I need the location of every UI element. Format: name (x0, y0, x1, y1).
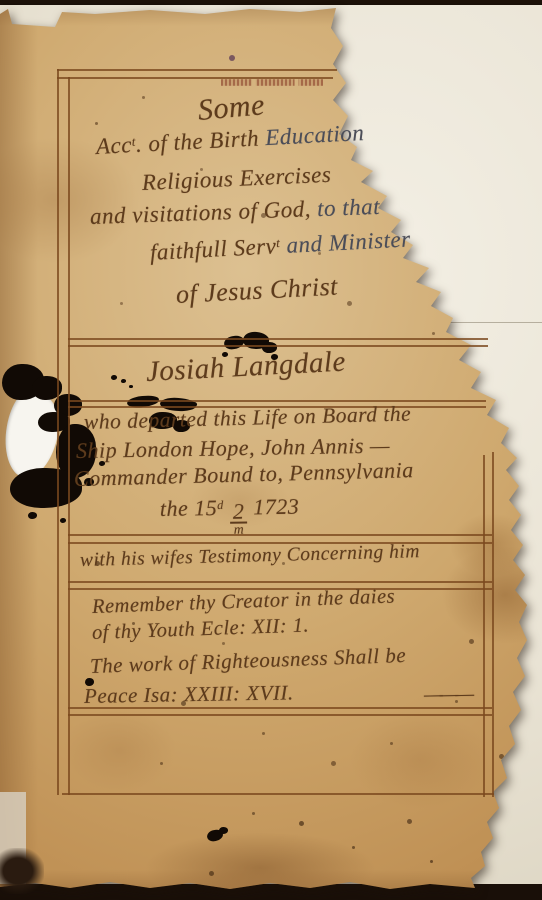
ink-blot (121, 379, 126, 383)
month-day-fraction: 2m (230, 502, 248, 535)
death-note-date-line: the 15d2m1723 (160, 494, 300, 537)
binding-shadow (0, 848, 44, 894)
ink-blot (223, 334, 245, 350)
ink-blot (28, 512, 37, 519)
section-divider (68, 400, 486, 402)
epigraph-trailing-dash: ——— (424, 681, 471, 707)
ink-blot (10, 468, 82, 508)
foxing-speckles (95, 122, 98, 125)
section-divider (68, 338, 488, 340)
section-divider (68, 581, 492, 583)
frame-border-top-outer (57, 69, 337, 71)
section-divider (68, 534, 492, 536)
ink-dot-purple (229, 55, 235, 61)
frame-border-left-inner (68, 77, 70, 795)
title-line-some: Some (197, 88, 267, 128)
ink-blot (129, 385, 133, 388)
frame-border-right-inner (483, 455, 485, 797)
section-divider (68, 345, 488, 347)
ink-blot (60, 518, 66, 523)
ink-blot (111, 375, 117, 380)
frame-border-left-outer (57, 69, 59, 795)
epigraph-line-4: Peace Isa: XXIII: XVII. (84, 680, 294, 709)
manuscript-photo: Some Acct. of the Birth Education Religi… (0, 0, 542, 900)
section-divider (68, 542, 492, 544)
frame-border-right-outer (492, 452, 494, 797)
section-divider (68, 714, 492, 716)
frame-border-bottom (62, 793, 494, 795)
library-stamp (221, 79, 323, 86)
ink-blot (219, 827, 228, 834)
